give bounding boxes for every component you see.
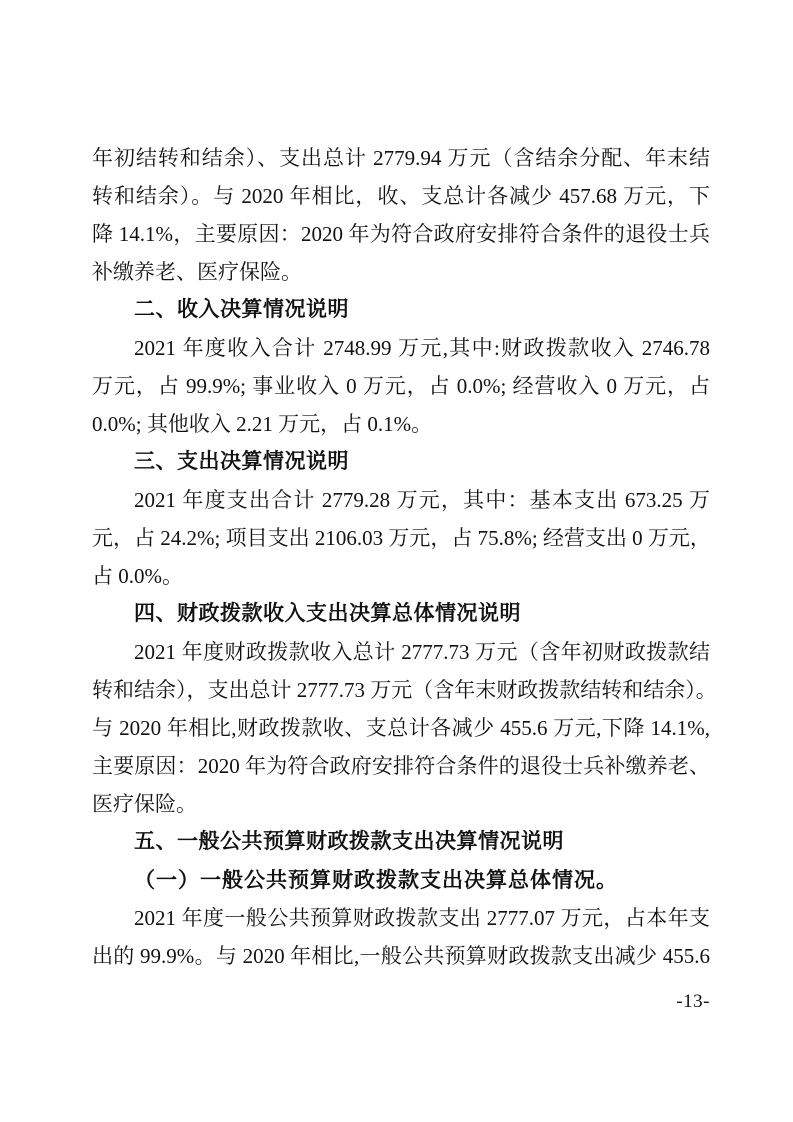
document-body: 年初结转和结余）、支出总计 2779.94 万元（含结余分配、年末结 转和结余）… [92,139,710,975]
page-number: -13- [676,991,710,1013]
paragraph-line: 年初结转和结余）、支出总计 2779.94 万元（含结余分配、年末结 [92,139,710,177]
paragraph-line: 占 0.0%。 [92,557,710,595]
section-heading-income: 二、收入决算情况说明 [92,291,710,329]
paragraph-line: 转和结余）。与 2020 年相比，收、支总计各减少 457.68 万元，下 [92,177,710,215]
paragraph-line: 2021 年度一般公共预算财政拨款支出 2777.07 万元，占本年支 [92,899,710,937]
paragraph-line: 2021 年度收入合计 2748.99 万元,其中:财政拨款收入 2746.78 [92,329,710,367]
paragraph-line: 医疗保险。 [92,785,710,823]
paragraph-line: 补缴养老、医疗保险。 [92,253,710,291]
paragraph-line: 降 14.1%，主要原因：2020 年为符合政府安排符合条件的退役士兵 [92,215,710,253]
section-heading-public-budget: 五、一般公共预算财政拨款支出决算情况说明 [92,823,710,861]
section-heading-fiscal-appropriation: 四、财政拨款收入支出决算总体情况说明 [92,595,710,633]
document-page: { "colors": { "background": "#ffffff", "… [0,0,793,1122]
paragraph-line: 万元，占 99.9%; 事业收入 0 万元，占 0.0%; 经营收入 0 万元，… [92,367,710,405]
paragraph-line: 2021 年度支出合计 2779.28 万元，其中：基本支出 673.25 万 [92,481,710,519]
paragraph-line: 与 2020 年相比,财政拨款收、支总计各减少 455.6 万元,下降 14.1… [92,709,710,747]
paragraph-line: 主要原因：2020 年为符合政府安排符合条件的退役士兵补缴养老、 [92,747,710,785]
paragraph-line: 出的 99.9%。与 2020 年相比,一般公共预算财政拨款支出减少 455.6 [92,937,710,975]
subsection-heading-overall: （一）一般公共预算财政拨款支出决算总体情况。 [92,861,710,899]
section-heading-expenditure: 三、支出决算情况说明 [92,443,710,481]
paragraph-line: 2021 年度财政拨款收入总计 2777.73 万元（含年初财政拨款结 [92,633,710,671]
paragraph-line: 转和结余），支出总计 2777.73 万元（含年末财政拨款结转和结余）。 [92,671,710,709]
paragraph-line: 0.0%; 其他收入 2.21 万元，占 0.1%。 [92,405,710,443]
paragraph-line: 元，占 24.2%; 项目支出 2106.03 万元，占 75.8%; 经营支出… [92,519,710,557]
